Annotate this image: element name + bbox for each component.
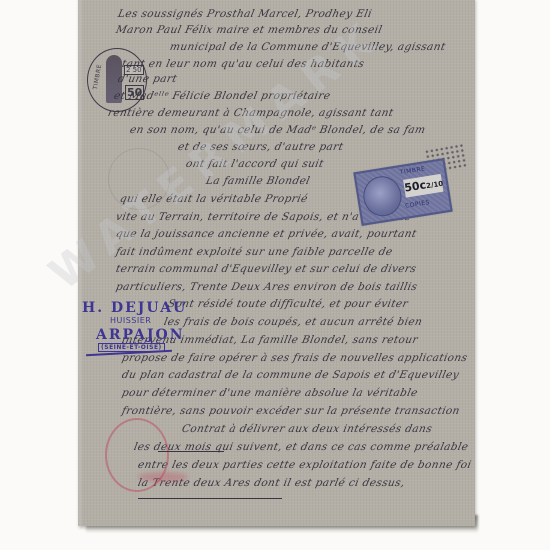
huissier-name: H. DEJUAU [82,300,187,316]
handwritten-line: rentière demeurant à Champagnole, agissa… [107,107,395,119]
timbre-label: TIMBRE [92,64,103,91]
handwritten-line: qui elle était la véritable Proprié [119,193,309,205]
handwritten-line: que la jouissance ancienne et privée, av… [115,228,418,240]
handwritten-line: en son nom, qu'au celui de Madᵉ Blondel,… [129,124,427,136]
handwritten-line: tant en leur nom qu'au celui des habitan… [121,58,366,70]
handwritten-line: Contrat à délivrer aux deux intéressés d… [181,423,434,435]
handwritten-line: et Madᵉˡˡᵉ Félicie Blondel propriétaire [113,90,332,102]
handwritten-line: Les soussignés Prosthal Marcel, Prodhey … [117,8,373,20]
huissier-title: HUISSIER [110,316,151,325]
handwritten-line: fait indûment exploité sur une faible pa… [115,246,394,258]
fiscal-value-main: 50c [403,178,427,194]
red-ink-smudge [138,472,188,482]
fiscal-stamp: TIMBRE 50c2/10 COPIES [353,158,452,226]
document-canvas: TIMBRE 2 50 50 Les soussignés Prosthal M… [78,0,475,526]
huissier-town: ARPAJON [96,327,184,343]
handwritten-line: propose de faire opérer à ses frais de n… [121,352,469,364]
handwritten-line: du plan cadastral de la commune de Sapoi… [121,369,460,381]
trente-underline [138,498,282,499]
handwritten-line: ont fait l'accord qui suit [185,158,325,170]
handwritten-line: frontière, sans pouvoir excéder sur la p… [121,405,461,417]
fiscal-fraction: 2/10 [426,180,444,191]
contract-underline [158,451,224,452]
fiscal-value: 50c2/10 [403,174,443,198]
handwritten-line: pour déterminer d'une manière absolue la… [121,387,419,399]
handwritten-line: La famille Blondel [205,175,312,187]
fiscal-top-text: TIMBRE [399,165,425,176]
marianne-head-icon [361,174,405,219]
canvas-edge [78,0,82,526]
handwritten-line: municipal de la Commune d'Equevilley, ag… [169,41,447,53]
handwritten-line: Sont résidé toute difficulté, et pour év… [167,298,410,310]
handwritten-line: entre les deux parties cette exploitatio… [137,459,473,471]
handwritten-line: terrain communal d'Equevilley et sur cel… [115,263,418,275]
handwritten-line: les frais de bois coupés, et aucun arrêt… [163,316,424,328]
fiscal-bottom-text: COPIES [405,199,431,210]
handwritten-line: et de ses sœurs, d'autre part [177,141,345,153]
handwritten-line: d'une part [117,73,178,85]
handwritten-line: particuliers, Trente Deux Ares environ d… [115,281,419,293]
handwritten-line: Maron Paul Félix maire et membres du con… [115,24,384,36]
